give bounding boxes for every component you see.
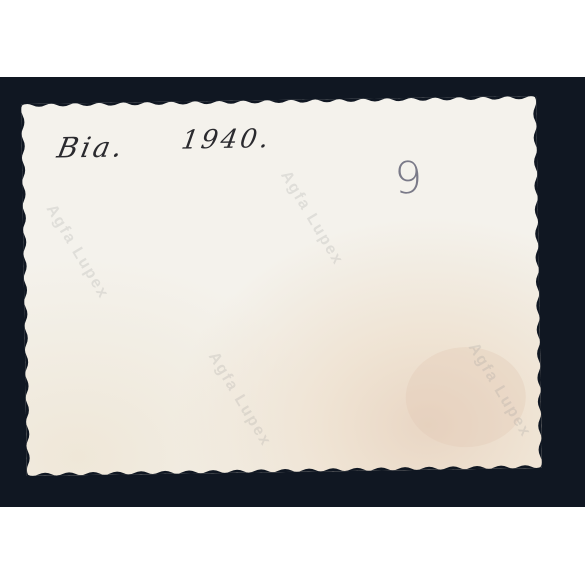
- watermark: Agfa Lupex: [276, 168, 346, 269]
- handwritten-year: 1940.: [179, 124, 273, 155]
- photo-back: Agfa Lupex Agfa Lupex Agfa Lupex Agfa Lu…: [21, 96, 542, 476]
- handwritten-number: 9: [394, 153, 423, 204]
- watermark: Agfa Lupex: [204, 349, 274, 450]
- handwritten-place: Bia.: [55, 130, 129, 164]
- watermark: Agfa Lupex: [42, 202, 112, 303]
